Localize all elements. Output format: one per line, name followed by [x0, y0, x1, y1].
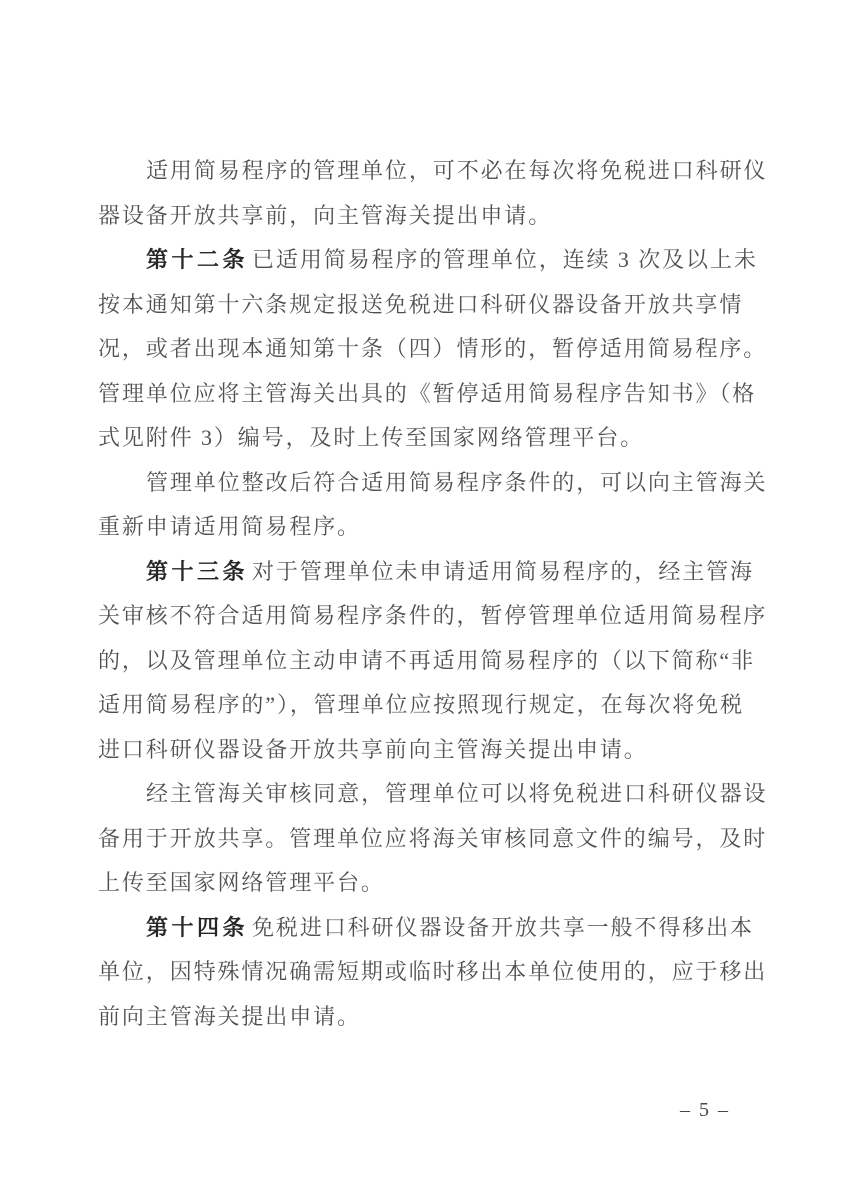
text-segment: 上传至国家网络管理平台。: [98, 870, 385, 895]
text-line: 单位，因特殊情况确需短期或临时移出本单位使用的，应于移出: [98, 950, 748, 995]
text-segment: 管理单位应将主管海关出具的《暂停适用简易程序告知书》（格: [98, 381, 756, 406]
text-segment: 进口科研仪器设备开放共享前向主管海关提出申请。: [98, 737, 648, 762]
paragraph: 适用简易程序的管理单位，可不必在每次将免税进口科研仪器设备开放共享前，向主管海关…: [98, 149, 748, 238]
text-line: 管理单位应将主管海关出具的《暂停适用简易程序告知书》（格: [98, 372, 748, 417]
text-segment: 经主管海关审核同意，管理单位可以将免税进口科研仪器设: [146, 781, 767, 806]
text-line: 管理单位整改后符合适用简易程序条件的，可以向主管海关: [98, 461, 748, 506]
text-line: 备用于开放共享。管理单位应将海关审核同意文件的编号，及时: [98, 817, 748, 862]
text-segment: 重新申请适用简易程序。: [98, 514, 361, 539]
page-number: – 5 –: [680, 1099, 730, 1122]
text-segment: 管理单位整改后符合适用简易程序条件的，可以向主管海关: [146, 470, 767, 495]
text-line: 器设备开放共享前，向主管海关提出申请。: [98, 194, 748, 239]
text-line: 第十三条对于管理单位未申请适用简易程序的，经主管海: [98, 550, 748, 595]
text-line: 第十四条免税进口科研仪器设备开放共享一般不得移出本: [98, 906, 748, 951]
text-line: 上传至国家网络管理平台。: [98, 861, 748, 906]
text-line: 况，或者出现本通知第十条（四）情形的，暂停适用简易程序。: [98, 327, 748, 372]
article-number: 第十二条: [146, 247, 248, 272]
text-line: 前向主管海关提出申请。: [98, 995, 748, 1040]
text-line: 进口科研仪器设备开放共享前向主管海关提出申请。: [98, 728, 748, 773]
text-segment: 的，以及管理单位主动申请不再适用简易程序的（以下简称“非: [98, 648, 755, 673]
article-number: 第十四条: [146, 915, 248, 940]
text-segment: 按本通知第十六条规定报送免税进口科研仪器设备开放共享情: [98, 292, 743, 317]
paragraph: 管理单位整改后符合适用简易程序条件的，可以向主管海关重新申请适用简易程序。: [98, 461, 748, 550]
text-segment: 已适用简易程序的管理单位，连续 3 次及以上未: [252, 247, 758, 272]
paragraph: 第十二条已适用简易程序的管理单位，连续 3 次及以上未按本通知第十六条规定报送免…: [98, 238, 748, 461]
paragraph: 第十三条对于管理单位未申请适用简易程序的，经主管海关审核不符合适用简易程序条件的…: [98, 550, 748, 773]
text-segment: 对于管理单位未申请适用简易程序的，经主管海: [252, 559, 754, 584]
document-page: 适用简易程序的管理单位，可不必在每次将免税进口科研仪器设备开放共享前，向主管海关…: [0, 0, 848, 1200]
text-line: 重新申请适用简易程序。: [98, 505, 748, 550]
text-line: 经主管海关审核同意，管理单位可以将免税进口科研仪器设: [98, 772, 748, 817]
text-segment: 备用于开放共享。管理单位应将海关审核同意文件的编号，及时: [98, 826, 767, 851]
text-line: 第十二条已适用简易程序的管理单位，连续 3 次及以上未: [98, 238, 748, 283]
text-line: 适用简易程序的”），管理单位应按照现行规定，在每次将免税: [98, 683, 748, 728]
text-segment: 免税进口科研仪器设备开放共享一般不得移出本: [252, 915, 754, 940]
text-line: 式见附件 3）编号，及时上传至国家网络管理平台。: [98, 416, 748, 461]
text-line: 的，以及管理单位主动申请不再适用简易程序的（以下简称“非: [98, 639, 748, 684]
document-body: 适用简易程序的管理单位，可不必在每次将免税进口科研仪器设备开放共享前，向主管海关…: [98, 149, 748, 1039]
text-line: 适用简易程序的管理单位，可不必在每次将免税进口科研仪: [98, 149, 748, 194]
text-line: 关审核不符合适用简易程序条件的，暂停管理单位适用简易程序: [98, 594, 748, 639]
text-segment: 适用简易程序的”），管理单位应按照现行规定，在每次将免税: [98, 692, 744, 717]
text-segment: 单位，因特殊情况确需短期或临时移出本单位使用的，应于移出: [98, 959, 767, 984]
article-number: 第十三条: [146, 559, 248, 584]
text-segment: 前向主管海关提出申请。: [98, 1004, 361, 1029]
paragraph: 第十四条免税进口科研仪器设备开放共享一般不得移出本单位，因特殊情况确需短期或临时…: [98, 906, 748, 1040]
text-segment: 况，或者出现本通知第十条（四）情形的，暂停适用简易程序。: [98, 336, 767, 361]
text-line: 按本通知第十六条规定报送免税进口科研仪器设备开放共享情: [98, 283, 748, 328]
paragraph: 经主管海关审核同意，管理单位可以将免税进口科研仪器设备用于开放共享。管理单位应将…: [98, 772, 748, 906]
text-segment: 关审核不符合适用简易程序条件的，暂停管理单位适用简易程序: [98, 603, 767, 628]
text-segment: 器设备开放共享前，向主管海关提出申请。: [98, 203, 552, 228]
text-segment: 适用简易程序的管理单位，可不必在每次将免税进口科研仪: [146, 158, 767, 183]
text-segment: 式见附件 3）编号，及时上传至国家网络管理平台。: [98, 425, 644, 450]
